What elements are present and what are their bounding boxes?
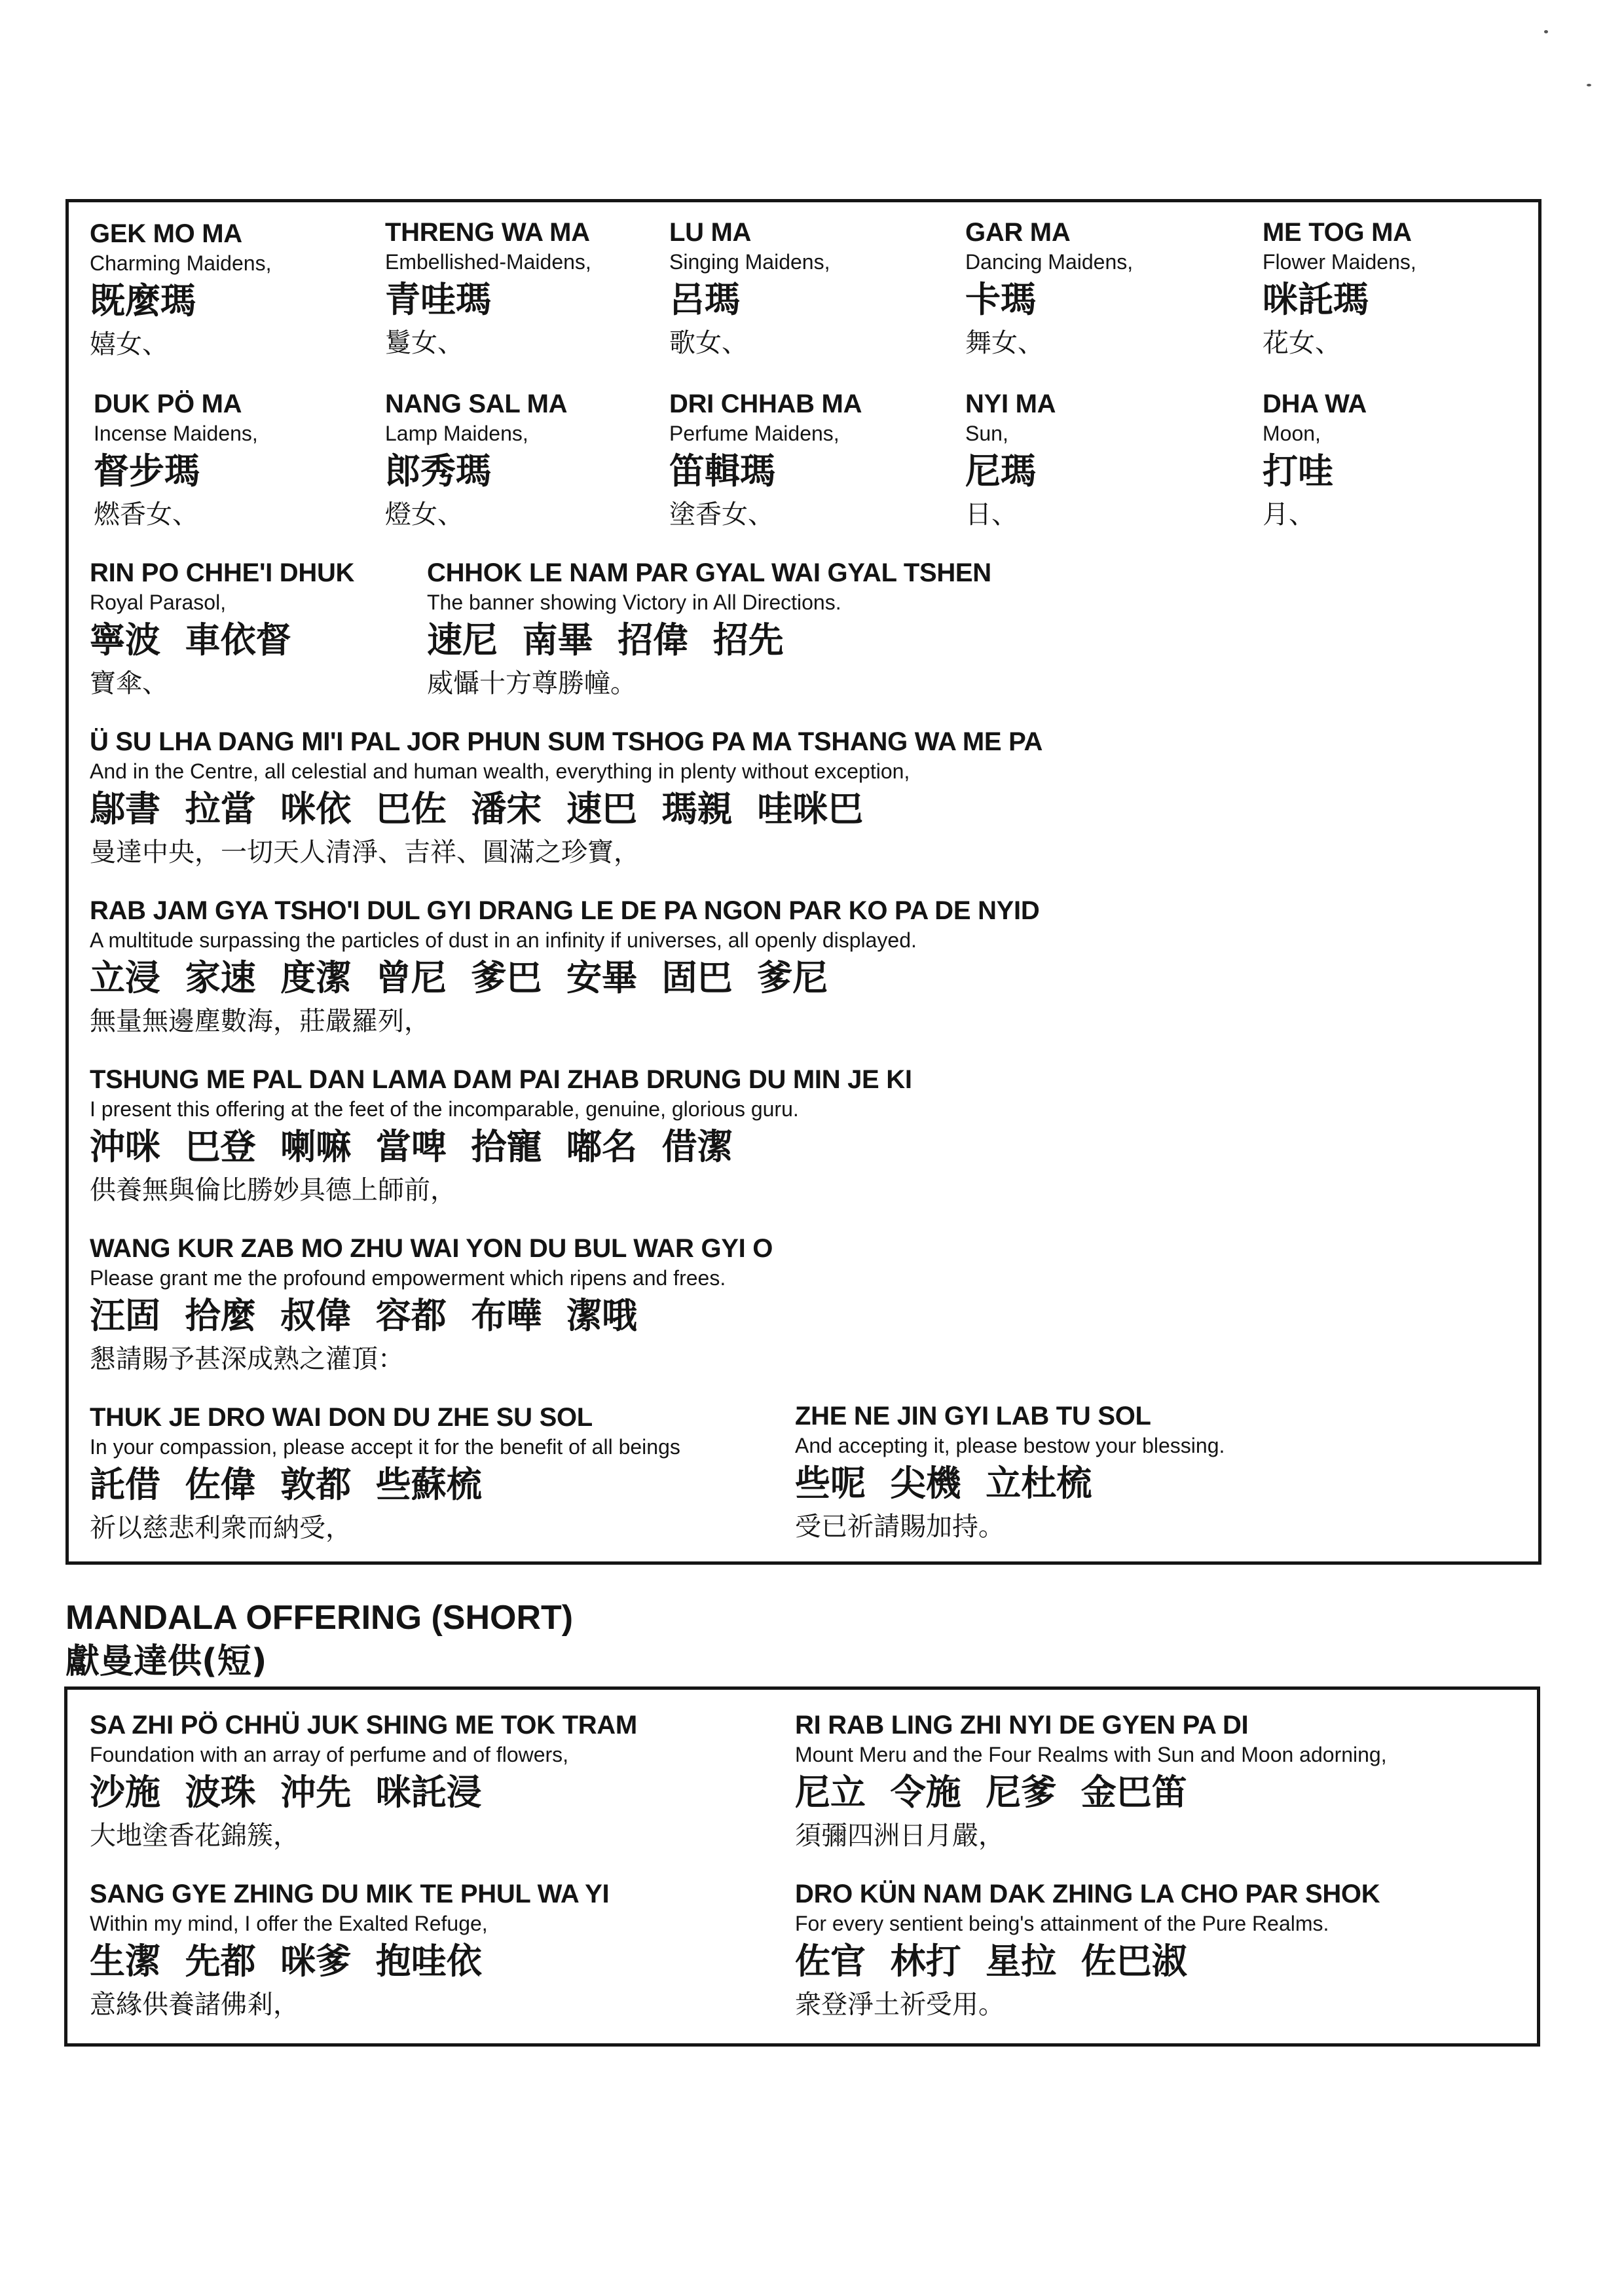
chinese-phonetic-line: 卡瑪 <box>965 278 1133 322</box>
english-line: Embellished-Maidens, <box>385 249 591 275</box>
tibetan-line: RI RAB LING ZHI NYI DE GYEN PA DI <box>795 1710 1387 1740</box>
english-line: In your compassion, please accept it for… <box>90 1434 680 1460</box>
verse-entry: WANG KUR ZAB MO ZHU WAI YON DU BUL WAR G… <box>90 1233 773 1377</box>
chinese-line: 衆登淨土祈受用。 <box>795 1986 1380 2023</box>
chinese-phonetic-line: 尼立 令施 尼爹 金巴笛 <box>795 1770 1387 1815</box>
chinese-line: 燃香女、 <box>94 496 258 533</box>
english-line: The banner showing Victory in All Direct… <box>427 589 991 615</box>
tibetan-line: SANG GYE ZHING DU MIK TE PHUL WA YI <box>90 1879 609 1909</box>
english-line: A multitude surpassing the particles of … <box>90 927 1039 953</box>
scan-speck <box>1544 30 1548 33</box>
chinese-phonetic-line: 些呢 尖機 立杜梳 <box>795 1461 1225 1506</box>
offering-entry: NYI MA Sun, 尼瑪 日、 <box>965 389 1056 533</box>
chinese-phonetic-line: 生潔 先都 咪爹 抱哇依 <box>90 1939 609 1984</box>
chinese-line: 祈以慈悲利衆而納受， <box>90 1510 680 1546</box>
offering-entry: DHA WA Moon, 打哇 月、 <box>1263 389 1367 533</box>
tibetan-line: DRO KÜN NAM DAK ZHING LA CHO PAR SHOK <box>795 1879 1380 1909</box>
chinese-line: 舞女、 <box>965 325 1133 361</box>
chinese-phonetic-line: 郎秀瑪 <box>385 449 567 494</box>
tibetan-line: ME TOG MA <box>1263 217 1416 247</box>
chinese-line: 須彌四洲日月嚴， <box>795 1817 1387 1854</box>
tibetan-line: NANG SAL MA <box>385 389 567 419</box>
chinese-line: 鬘女、 <box>385 325 591 361</box>
tibetan-line: WANG KUR ZAB MO ZHU WAI YON DU BUL WAR G… <box>90 1233 773 1264</box>
chinese-phonetic-line: 佐官 林打 星拉 佐巴淑 <box>795 1939 1380 1984</box>
verse-entry: RAB JAM GYA TSHO'I DUL GYI DRANG LE DE P… <box>90 896 1039 1040</box>
chinese-phonetic-line: 咪託瑪 <box>1263 278 1416 322</box>
tibetan-line: SA ZHI PÖ CHHÜ JUK SHING ME TOK TRAM <box>90 1710 637 1740</box>
chinese-line: 曼達中央，一切天人清淨、吉祥、圓滿之珍寶， <box>90 834 1043 871</box>
chinese-phonetic-line: 督步瑪 <box>94 449 258 494</box>
english-line: Mount Meru and the Four Realms with Sun … <box>795 1741 1387 1768</box>
english-line: For every sentient being's attainment of… <box>795 1910 1380 1937</box>
english-line: I present this offering at the feet of t… <box>90 1096 912 1122</box>
tibetan-line: THRENG WA MA <box>385 217 591 247</box>
offering-entry: ME TOG MA Flower Maidens, 咪託瑪 花女、 <box>1263 217 1416 361</box>
english-line: Lamp Maidens, <box>385 420 567 446</box>
tibetan-line: TSHUNG ME PAL DAN LAMA DAM PAI ZHAB DRUN… <box>90 1065 912 1095</box>
tibetan-line: DHA WA <box>1263 389 1367 419</box>
english-line: Within my mind, I offer the Exalted Refu… <box>90 1910 609 1937</box>
chinese-phonetic-line: 立浸 家速 度潔 曾尼 爹巴 安畢 固巴 爹尼 <box>90 956 1039 1000</box>
chinese-phonetic-line: 託借 佐偉 敦都 些蘇梳 <box>90 1463 680 1507</box>
chinese-phonetic-line: 鄔書 拉當 咪依 巴佐 潘宋 速巴 瑪親 哇咪巴 <box>90 787 1043 831</box>
chinese-phonetic-line: 打哇 <box>1263 449 1367 494</box>
chinese-line: 意緣供養諸佛剎， <box>90 1986 609 2023</box>
chinese-line: 威懾十方尊勝幢。 <box>427 665 991 702</box>
verse-entry: TSHUNG ME PAL DAN LAMA DAM PAI ZHAB DRUN… <box>90 1065 912 1209</box>
tibetan-line: LU MA <box>669 217 830 247</box>
chinese-line: 無量無邊塵數海，莊嚴羅列， <box>90 1003 1039 1040</box>
section-title: MANDALA OFFERING (SHORT) <box>65 1597 573 1638</box>
offering-entry: THRENG WA MA Embellished-Maidens, 青哇瑪 鬘女… <box>385 217 591 361</box>
chinese-line: 歌女、 <box>669 325 830 361</box>
chinese-phonetic-line: 既麼瑪 <box>90 279 271 323</box>
tibetan-line: GEK MO MA <box>90 219 271 249</box>
english-line: Foundation with an array of perfume and … <box>90 1741 637 1768</box>
chinese-phonetic-line: 笛輯瑪 <box>669 449 862 494</box>
chinese-phonetic-line: 寧波 車依督 <box>90 618 354 663</box>
offering-entry: SA ZHI PÖ CHHÜ JUK SHING ME TOK TRAM Fou… <box>90 1710 637 1854</box>
tibetan-line: NYI MA <box>965 389 1056 419</box>
offering-entry: GEK MO MA Charming Maidens, 既麼瑪 嬉女、 <box>90 219 271 363</box>
chinese-phonetic-line: 青哇瑪 <box>385 278 591 322</box>
english-line: Moon, <box>1263 420 1367 446</box>
tibetan-line: DRI CHHAB MA <box>669 389 862 419</box>
tibetan-line: RIN PO CHHE'I DHUK <box>90 558 354 588</box>
offering-entry: DRO KÜN NAM DAK ZHING LA CHO PAR SHOK Fo… <box>795 1879 1380 2023</box>
tibetan-line: GAR MA <box>965 217 1133 247</box>
offering-entry: LU MA Singing Maidens, 呂瑪 歌女、 <box>669 217 830 361</box>
chinese-phonetic-line: 速尼 南畢 招偉 招先 <box>427 618 991 663</box>
tibetan-line: THUK JE DRO WAI DON DU ZHE SU SOL <box>90 1402 680 1432</box>
chinese-phonetic-line: 沙施 波珠 沖先 咪託浸 <box>90 1770 637 1815</box>
chinese-line: 供養無與倫比勝妙具德上師前， <box>90 1172 912 1209</box>
chinese-line: 月、 <box>1263 496 1367 533</box>
tibetan-line: DUK PÖ MA <box>94 389 258 419</box>
english-line: Flower Maidens, <box>1263 249 1416 275</box>
chinese-line: 嬉女、 <box>90 326 271 363</box>
offering-entry: CHHOK LE NAM PAR GYAL WAI GYAL TSHEN The… <box>427 558 991 702</box>
chinese-line: 寶傘、 <box>90 665 354 702</box>
english-line: Singing Maidens, <box>669 249 830 275</box>
tibetan-line: ZHE NE JIN GYI LAB TU SOL <box>795 1401 1225 1431</box>
scan-speck <box>1587 84 1591 86</box>
offering-entry: DUK PÖ MA Incense Maidens, 督步瑪 燃香女、 <box>94 389 258 533</box>
verse-entry: Ü SU LHA DANG MI'I PAL JOR PHUN SUM TSHO… <box>90 727 1043 871</box>
tibetan-line: CHHOK LE NAM PAR GYAL WAI GYAL TSHEN <box>427 558 991 588</box>
english-line: Perfume Maidens, <box>669 420 862 446</box>
english-line: Royal Parasol, <box>90 589 354 615</box>
english-line: Charming Maidens, <box>90 250 271 276</box>
chinese-line: 受已祈請賜加持。 <box>795 1508 1225 1545</box>
chinese-phonetic-line: 汪固 拾麼 叔偉 容都 布嘩 潔哦 <box>90 1294 773 1338</box>
offering-entry: ZHE NE JIN GYI LAB TU SOL And accepting … <box>795 1401 1225 1545</box>
tibetan-line: Ü SU LHA DANG MI'I PAL JOR PHUN SUM TSHO… <box>90 727 1043 757</box>
offering-entry: GAR MA Dancing Maidens, 卡瑪 舞女、 <box>965 217 1133 361</box>
offering-entry: NANG SAL MA Lamp Maidens, 郎秀瑪 燈女、 <box>385 389 567 533</box>
chinese-phonetic-line: 沖咪 巴登 喇嘛 當啤 拾寵 嘟名 借潔 <box>90 1125 912 1169</box>
english-line: Sun, <box>965 420 1056 446</box>
chinese-line: 大地塗香花錦簇， <box>90 1817 637 1854</box>
offering-entry: SANG GYE ZHING DU MIK TE PHUL WA YI With… <box>90 1879 609 2023</box>
english-line: And accepting it, please bestow your ble… <box>795 1432 1225 1459</box>
section-title-chinese: 獻曼達供(短) <box>65 1641 267 1683</box>
tibetan-line: RAB JAM GYA TSHO'I DUL GYI DRANG LE DE P… <box>90 896 1039 926</box>
offering-entry: RIN PO CHHE'I DHUK Royal Parasol, 寧波 車依督… <box>90 558 354 702</box>
offering-entry: RI RAB LING ZHI NYI DE GYEN PA DI Mount … <box>795 1710 1387 1854</box>
chinese-line: 花女、 <box>1263 325 1416 361</box>
chinese-line: 懇請賜予甚深成熟之灌頂： <box>90 1341 773 1377</box>
offering-entry: THUK JE DRO WAI DON DU ZHE SU SOL In you… <box>90 1402 680 1546</box>
english-line: Incense Maidens, <box>94 420 258 446</box>
chinese-line: 日、 <box>965 496 1056 533</box>
english-line: And in the Centre, all celestial and hum… <box>90 758 1043 784</box>
english-line: Dancing Maidens, <box>965 249 1133 275</box>
chinese-phonetic-line: 尼瑪 <box>965 449 1056 494</box>
chinese-line: 塗香女、 <box>669 496 862 533</box>
chinese-phonetic-line: 呂瑪 <box>669 278 830 322</box>
english-line: Please grant me the profound empowerment… <box>90 1265 773 1291</box>
offering-entry: DRI CHHAB MA Perfume Maidens, 笛輯瑪 塗香女、 <box>669 389 862 533</box>
chinese-line: 燈女、 <box>385 496 567 533</box>
